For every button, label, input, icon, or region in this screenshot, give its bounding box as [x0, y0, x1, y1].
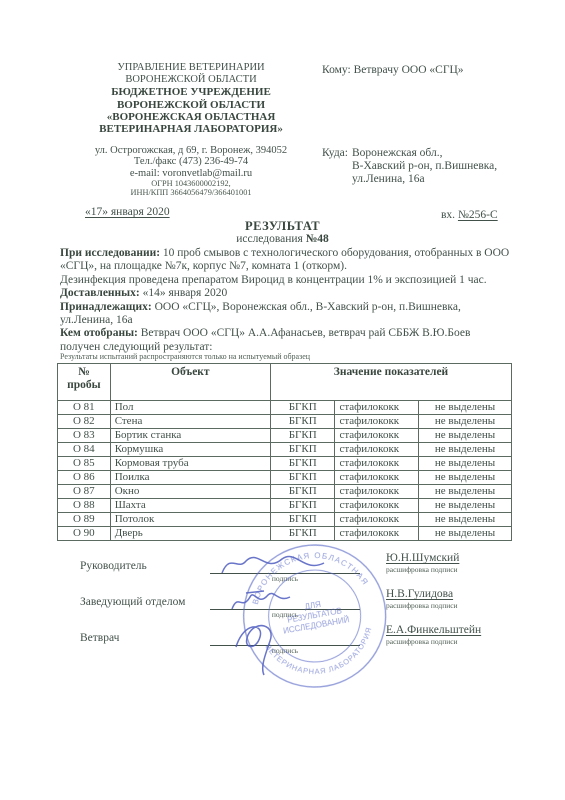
row-sample-id: О 88	[58, 499, 111, 513]
row-indicator-staph: стафилококк	[335, 415, 419, 429]
body-line-label: Доставленных:	[60, 287, 140, 299]
row-result: не выделены	[419, 457, 512, 471]
signer-role: Руководитель	[80, 560, 184, 574]
row-object: Кормушка	[110, 443, 270, 457]
org-name-line: ВЕТЕРИНАРНАЯ ЛАБОРАТОРИЯ»	[55, 123, 327, 135]
row-object: Стена	[110, 415, 270, 429]
row-indicator-bgkp: БГКП	[270, 513, 335, 527]
row-object: Кормовая труба	[110, 457, 270, 471]
recipient-to: Кому: Ветврачу ООО «СГЦ»	[322, 64, 464, 76]
header-object: Объект	[110, 364, 270, 401]
row-object: Бортик станка	[110, 429, 270, 443]
table-row: О 86ПоилкаБГКПстафилококкне выделены	[58, 471, 512, 485]
row-result: не выделены	[419, 513, 512, 527]
row-indicator-staph: стафилококк	[335, 485, 419, 499]
org-address: ул. Острогожская, д 69, г. Воронеж, 3940…	[55, 145, 327, 179]
row-sample-id: О 90	[58, 527, 111, 541]
row-indicator-bgkp: БГКП	[270, 485, 335, 499]
table-row: О 81ПолБГКПстафилококкне выделены	[58, 401, 512, 415]
row-indicator-staph: стафилококк	[335, 457, 419, 471]
row-result: не выделены	[419, 401, 512, 415]
signer-name: Е.А.Финкельштейн	[386, 624, 520, 636]
table-row: О 88ШахтаБГКПстафилококкне выделены	[58, 499, 512, 513]
subtitle-prefix: исследования	[236, 233, 306, 245]
body-line-text: «14» января 2020	[140, 287, 228, 299]
signature-line-caption: подпись	[210, 610, 360, 619]
body-text: При исследовании: 10 проб смывов с техно…	[60, 247, 512, 354]
row-sample-id: О 89	[58, 513, 111, 527]
signer-name-caption: расшифровка подписи	[386, 601, 520, 610]
row-indicator-staph: стафилококк	[335, 527, 419, 541]
org-name-line: БЮДЖЕТНОЕ УЧРЕЖДЕНИЕ	[55, 86, 327, 98]
row-indicator-bgkp: БГКП	[270, 457, 335, 471]
row-indicator-staph: стафилококк	[335, 401, 419, 415]
disclaimer-note: Результаты испытаний распространяются то…	[60, 352, 310, 361]
org-name-line: ВОРОНЕЖСКОЙ ОБЛАСТИ	[55, 74, 327, 86]
row-indicator-bgkp: БГКП	[270, 443, 335, 457]
row-result: не выделены	[419, 499, 512, 513]
document-date: «17» января 2020	[85, 206, 170, 218]
recipient-where-line: ул.Ленина, 16а	[352, 173, 497, 186]
row-indicator-bgkp: БГКП	[270, 429, 335, 443]
row-sample-id: О 86	[58, 471, 111, 485]
body-line-text: Дезинфекция проведена препаратом Вироцид…	[60, 274, 487, 286]
recipient-to-value: Ветврачу ООО «СГЦ»	[354, 64, 464, 76]
row-sample-id: О 81	[58, 401, 111, 415]
signer-role: Ветврач	[80, 632, 184, 646]
row-object: Окно	[110, 485, 270, 499]
row-result: не выделены	[419, 471, 512, 485]
recipient-where-line: В-Хавский р-он, п.Вишневка,	[352, 160, 497, 173]
row-object: Шахта	[110, 499, 270, 513]
header-indicator-values: Значение показателей	[270, 364, 511, 401]
header-sample-number: № пробы	[58, 364, 111, 401]
row-sample-id: О 85	[58, 457, 111, 471]
row-indicator-staph: стафилококк	[335, 429, 419, 443]
recipient-to-label: Кому:	[322, 64, 351, 76]
org-name-line: «ВОРОНЕЖСКАЯ ОБЛАСТНАЯ	[55, 111, 327, 123]
results-table-body: О 81ПолБГКПстафилококкне выделеныО 82Сте…	[58, 401, 512, 541]
results-table-header: № пробы Объект Значение показателей	[58, 364, 512, 401]
signature-line-caption: подпись	[210, 574, 360, 583]
row-result: не выделены	[419, 429, 512, 443]
row-sample-id: О 84	[58, 443, 111, 457]
row-object: Потолок	[110, 513, 270, 527]
document-subtitle: исследования №48	[0, 233, 565, 245]
signer-name: Н.В.Гулидова	[386, 588, 520, 600]
org-ogrn: ОГРН 1043600002192,	[55, 179, 327, 188]
signer-name-block: Н.В.Гулидова расшифровка подписи	[386, 588, 520, 610]
body-line: Дезинфекция проведена препаратом Вироцид…	[60, 274, 512, 287]
signer-name-caption: расшифровка подписи	[386, 637, 520, 646]
recipient-where-line: Воронежская обл.,	[352, 147, 497, 160]
body-line-label: Принадлежащих:	[60, 301, 152, 313]
table-row: О 90ДверьБГКПстафилококкне выделены	[58, 527, 512, 541]
row-object: Поилка	[110, 471, 270, 485]
table-header-row: № пробы Объект Значение показателей	[58, 364, 512, 401]
signature-line: подпись	[210, 553, 360, 574]
signer-name: Ю.Н.Шумский	[386, 552, 520, 564]
org-name-line: УПРАВЛЕНИЕ ВЕТЕРИНАРИИ	[55, 62, 327, 74]
org-inn-kpp: ИНН/КПП 3664056479/366401001	[55, 188, 327, 197]
row-result: не выделены	[419, 415, 512, 429]
body-line: Доставленных: «14» января 2020	[60, 287, 512, 300]
signer-role: Заведующий отделом	[80, 596, 184, 610]
results-table: № пробы Объект Значение показателей О 81…	[57, 363, 512, 541]
signature-row: Руководитель подпись Ю.Н.Шумский расшифр…	[80, 552, 520, 572]
body-line: Принадлежащих: ООО «СГЦ», Воронежская об…	[60, 301, 512, 328]
table-row: О 82СтенаБГКПстафилококкне выделены	[58, 415, 512, 429]
row-sample-id: О 82	[58, 415, 111, 429]
body-line: Кем отобраны: Ветврач ООО «СГЦ» А.А.Афан…	[60, 327, 512, 354]
org-address-line: ул. Острогожская, д 69, г. Воронеж, 3940…	[55, 145, 327, 156]
signer-name-block: Ю.Н.Шумский расшифровка подписи	[386, 552, 520, 574]
signature-row: Ветврач подпись Е.А.Финкельштейн расшифр…	[80, 624, 520, 644]
row-indicator-staph: стафилококк	[335, 471, 419, 485]
row-result: не выделены	[419, 485, 512, 499]
recipient-where-address: Воронежская обл., В-Хавский р-он, п.Вишн…	[352, 147, 497, 187]
signature-line-caption: подпись	[210, 646, 360, 655]
signature-row: Заведующий отделом подпись Н.В.Гулидова …	[80, 588, 520, 608]
row-indicator-bgkp: БГКП	[270, 415, 335, 429]
row-indicator-bgkp: БГКП	[270, 471, 335, 485]
row-sample-id: О 87	[58, 485, 111, 499]
org-name-line: ВОРОНЕЖСКОЙ ОБЛАСТИ	[55, 99, 327, 111]
table-row: О 85Кормовая трубаБГКПстафилококкне выде…	[58, 457, 512, 471]
body-line-label: Кем отобраны:	[60, 327, 138, 339]
recipient-where: Куда: Воронежская обл., В-Хавский р-он, …	[322, 147, 497, 187]
letterhead: УПРАВЛЕНИЕ ВЕТЕРИНАРИИ ВОРОНЕЖСКОЙ ОБЛАС…	[55, 62, 327, 197]
row-indicator-bgkp: БГКП	[270, 527, 335, 541]
recipient-where-label: Куда:	[322, 147, 348, 187]
org-email: e-mail: voronvetlab@mail.ru	[55, 168, 327, 179]
table-row: О 84КормушкаБГКПстафилококкне выделены	[58, 443, 512, 457]
row-sample-id: О 83	[58, 429, 111, 443]
table-row: О 83Бортик станкаБГКПстафилококкне выдел…	[58, 429, 512, 443]
body-line-label: При исследовании:	[60, 247, 160, 259]
signer-name-block: Е.А.Финкельштейн расшифровка подписи	[386, 624, 520, 646]
row-indicator-staph: стафилококк	[335, 513, 419, 527]
row-indicator-bgkp: БГКП	[270, 401, 335, 415]
org-phone: Тел./факс (473) 236-49-74	[55, 156, 327, 167]
row-indicator-staph: стафилококк	[335, 499, 419, 513]
signature-section: Руководитель подпись Ю.Н.Шумский расшифр…	[80, 552, 520, 660]
row-object: Пол	[110, 401, 270, 415]
study-number: №48	[306, 233, 329, 245]
signer-name-caption: расшифровка подписи	[386, 565, 520, 574]
org-registration: ОГРН 1043600002192, ИНН/КПП 3664056479/3…	[55, 179, 327, 198]
document-page: УПРАВЛЕНИЕ ВЕТЕРИНАРИИ ВОРОНЕЖСКОЙ ОБЛАС…	[0, 0, 565, 800]
document-title: РЕЗУЛЬТАТ	[0, 219, 565, 234]
row-object: Дверь	[110, 527, 270, 541]
signature-line: подпись	[210, 625, 360, 646]
row-indicator-staph: стафилококк	[335, 443, 419, 457]
body-line: При исследовании: 10 проб смывов с техно…	[60, 247, 512, 274]
signature-line: подпись	[210, 589, 360, 610]
row-result: не выделены	[419, 443, 512, 457]
row-result: не выделены	[419, 527, 512, 541]
row-indicator-bgkp: БГКП	[270, 499, 335, 513]
table-row: О 87ОкноБГКПстафилококкне выделены	[58, 485, 512, 499]
table-row: О 89ПотолокБГКПстафилококкне выделены	[58, 513, 512, 527]
